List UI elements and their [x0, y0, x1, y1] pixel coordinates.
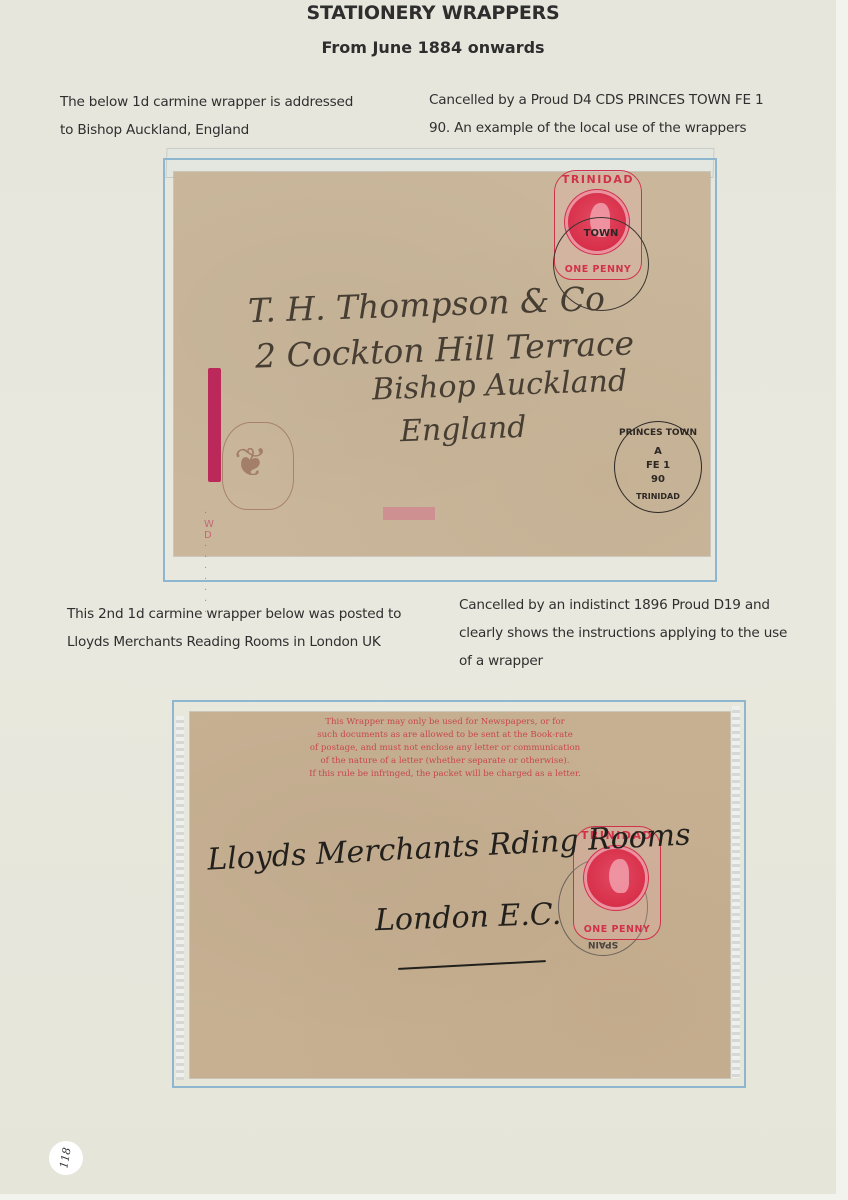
mount-sprocket-left [176, 716, 184, 1080]
queen-victoria-head-icon [587, 849, 645, 907]
caption-wrapper2-cancel: Cancelled by an indistinct 1896 Proud D1… [459, 591, 839, 675]
postmark-cds: PRINCES TOWN A FE 1 90 TRINIDAD [614, 421, 702, 513]
monogram-glyph-icon: ❦ [234, 440, 268, 486]
address-line: England [399, 410, 527, 449]
faint-boxed-handstamp [383, 507, 435, 520]
caption-wrapper1-address: The below 1d carmine wrapper is addresse… [60, 88, 420, 144]
page-edge [0, 1194, 848, 1200]
page-number-sticker: 118 [46, 1138, 85, 1177]
wrapper-instructions: This Wrapper may only be used for Newspa… [290, 716, 600, 781]
page-subtitle: From June 1884 onwards [0, 38, 848, 57]
mount-sprocket-right [732, 706, 740, 1078]
caption-wrapper1-cancel: Cancelled by a Proud D4 CDS PRINCES TOWN… [429, 86, 829, 142]
page-title: STATIONERY WRAPPERS [0, 2, 848, 24]
caption-wrapper2-address: This 2nd 1d carmine wrapper below was po… [67, 600, 457, 656]
album-page: STATIONERY WRAPPERS From June 1884 onwar… [0, 0, 836, 1196]
page-edge [836, 0, 848, 1200]
stamp-value: ONE PENNY [574, 924, 660, 935]
receiving-cachet [208, 368, 221, 482]
stamp-country: TRINIDAD [555, 173, 641, 186]
address-line: London E.C. [374, 897, 561, 938]
